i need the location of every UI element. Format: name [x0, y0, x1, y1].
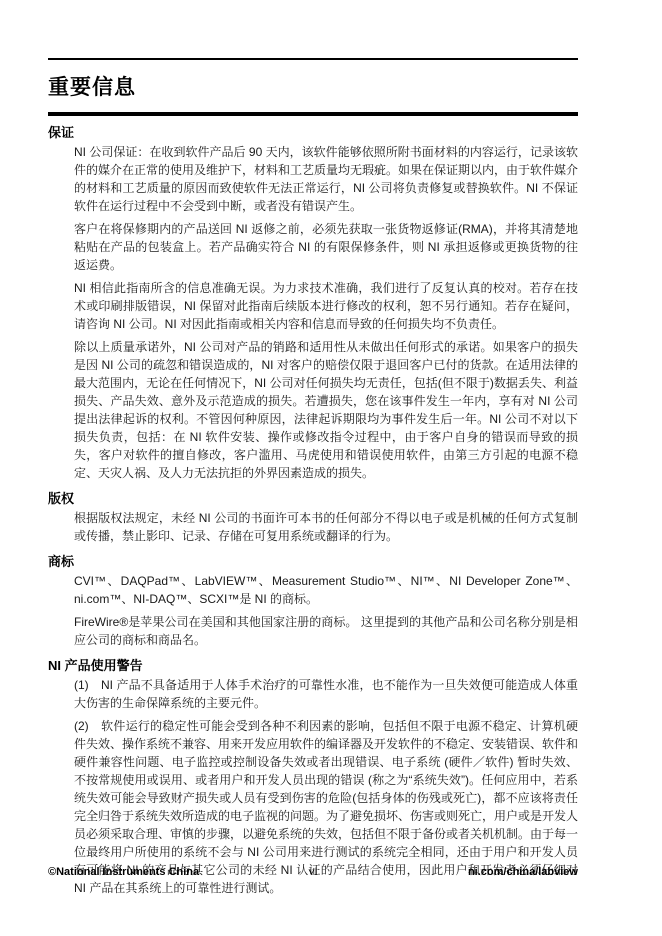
title-rule [48, 112, 578, 116]
section-trademarks: 商标 CVI™、DAQPad™、LabVIEW™、Measurement Stu… [48, 554, 578, 649]
section-body: NI 公司保证：在收到软件产品后 90 天内，该软件能够依照所附书面材料的内容运… [48, 143, 578, 482]
page-footer: ©National Instruments China vi ni.com/ch… [48, 864, 578, 880]
section-heading-product-warning: NI 产品使用警告 [48, 658, 578, 674]
document-page: 重要信息 保证 NI 公司保证：在收到软件产品后 90 天内，该软件能够依照所附… [0, 0, 662, 936]
paragraph: NI 相信此指南所含的信息准确无误。为力求技术准确，我们进行了反复认真的校对。若… [74, 279, 578, 333]
section-heading-copyright: 版权 [48, 491, 578, 507]
paragraph: 客户在将保修期内的产品送回 NI 返修之前，必须先获取一张货物返修证(RMA)，… [74, 220, 578, 274]
paragraph: CVI™、DAQPad™、LabVIEW™、Measurement Studio… [74, 572, 578, 608]
section-body: 根据版权法规定，未经 NI 公司的书面许可本书的任何部分不得以电子或是机械的任何… [48, 509, 578, 545]
section-heading-warranty: 保证 [48, 125, 578, 141]
section-heading-trademarks: 商标 [48, 554, 578, 570]
section-product-warning: NI 产品使用警告 (1) NI 产品不具备适用于人体手术治疗的可靠性水准，也不… [48, 658, 578, 897]
page-number: vi [308, 864, 317, 879]
paragraph: FireWire®是苹果公司在美国和其他国家注册的商标。 这里提到的其他产品和公… [74, 613, 578, 649]
footer-copyright: ©National Instruments China [48, 866, 199, 878]
page-title: 重要信息 [48, 76, 578, 100]
section-copyright: 版权 根据版权法规定，未经 NI 公司的书面许可本书的任何部分不得以电子或是机械… [48, 491, 578, 545]
paragraph: NI 公司保证：在收到软件产品后 90 天内，该软件能够依照所附书面材料的内容运… [74, 143, 578, 215]
paragraph: (1) NI 产品不具备适用于人体手术治疗的可靠性水准，也不能作为一旦失效便可能… [74, 676, 578, 712]
section-body: CVI™、DAQPad™、LabVIEW™、Measurement Studio… [48, 572, 578, 649]
top-rule [48, 58, 578, 60]
paragraph: 除以上质量承诺外，NI 公司对产品的销路和适用性从未做出任何形式的承诺。如果客户… [74, 338, 578, 482]
footer-url: ni.com/china/labview [468, 866, 578, 878]
paragraph: 根据版权法规定，未经 NI 公司的书面许可本书的任何部分不得以电子或是机械的任何… [74, 509, 578, 545]
section-warranty: 保证 NI 公司保证：在收到软件产品后 90 天内，该软件能够依照所附书面材料的… [48, 125, 578, 482]
